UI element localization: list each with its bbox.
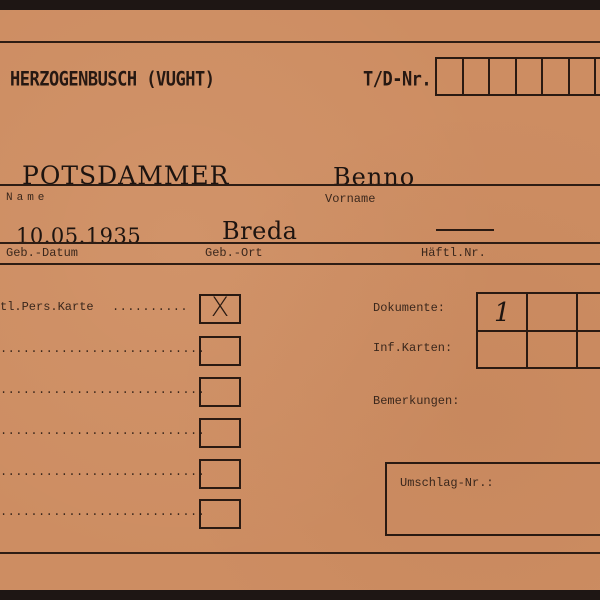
td-nr-boxes[interactable] <box>435 57 600 96</box>
birth-rule <box>0 242 600 244</box>
haeftl-nr-label: Häftl.Nr. <box>421 246 486 260</box>
td-nr-box[interactable] <box>596 59 600 94</box>
section-rule <box>0 263 600 265</box>
td-nr-box[interactable] <box>490 59 517 94</box>
bottom-rule <box>0 552 600 554</box>
geb-datum-value[interactable]: 10.05.1935 <box>16 224 141 248</box>
vorname-value[interactable]: Benno <box>333 163 415 191</box>
camp-title: HERZOGENBUSCH (VUGHT) <box>10 68 214 91</box>
name-label: Name <box>6 192 48 204</box>
checklist-dots: ........................... <box>0 465 205 479</box>
checkbox[interactable] <box>199 336 241 366</box>
vorname-label: Vorname <box>325 192 375 206</box>
checklist-dots: ........................... <box>0 424 205 438</box>
inf-karten-label: Inf.Karten: <box>373 341 452 355</box>
checklist-row: tl.Pers.Karte .......... X <box>0 294 245 324</box>
name-value[interactable]: POTSDAMMER <box>22 161 230 190</box>
haeftl-nr-dash <box>436 229 494 231</box>
checkbox[interactable] <box>199 459 241 489</box>
umschlag-box[interactable]: Umschlag-Nr.: <box>385 462 600 536</box>
geb-ort-value[interactable]: Breda <box>222 217 297 245</box>
td-nr-label: T/D-Nr. <box>363 68 431 91</box>
name-rule <box>0 184 600 186</box>
count-grid: 1 <box>476 292 600 369</box>
td-nr-box[interactable] <box>517 59 544 94</box>
umschlag-label: Umschlag-Nr.: <box>400 476 494 490</box>
geb-datum-label: Geb.-Datum <box>6 246 78 260</box>
checkbox[interactable] <box>199 377 241 407</box>
x-mark-icon: X <box>201 292 239 323</box>
td-nr-box[interactable] <box>464 59 491 94</box>
checklist-dots: ........................... <box>0 342 205 356</box>
td-nr-box[interactable] <box>543 59 570 94</box>
checklist-row: ........................... <box>0 336 245 366</box>
checklist-dots: ........................... <box>0 505 205 519</box>
checklist-label: tl.Pers.Karte <box>0 300 94 314</box>
checklist-row: ........................... <box>0 459 245 489</box>
index-card: HERZOGENBUSCH (VUGHT) T/D-Nr. POTSDAMMER… <box>0 10 600 590</box>
checkbox[interactable] <box>199 499 241 529</box>
top-rule <box>0 41 600 43</box>
bemerkungen-label: Bemerkungen: <box>373 394 459 408</box>
dokumente-count[interactable]: 1 <box>494 298 511 328</box>
checkbox[interactable] <box>199 418 241 448</box>
td-nr-box[interactable] <box>437 59 464 94</box>
geb-ort-label: Geb.-Ort <box>205 246 263 260</box>
checklist-dots: ........................... <box>0 383 205 397</box>
checklist-row: ........................... <box>0 499 245 529</box>
checkbox-checked[interactable]: X <box>199 294 241 324</box>
dokumente-label: Dokumente: <box>373 301 445 315</box>
td-nr-box[interactable] <box>570 59 597 94</box>
checklist-row: ........................... <box>0 377 245 407</box>
checklist-dots: .......... <box>112 300 188 314</box>
grid-divider <box>478 330 600 332</box>
checklist-row: ........................... <box>0 418 245 448</box>
